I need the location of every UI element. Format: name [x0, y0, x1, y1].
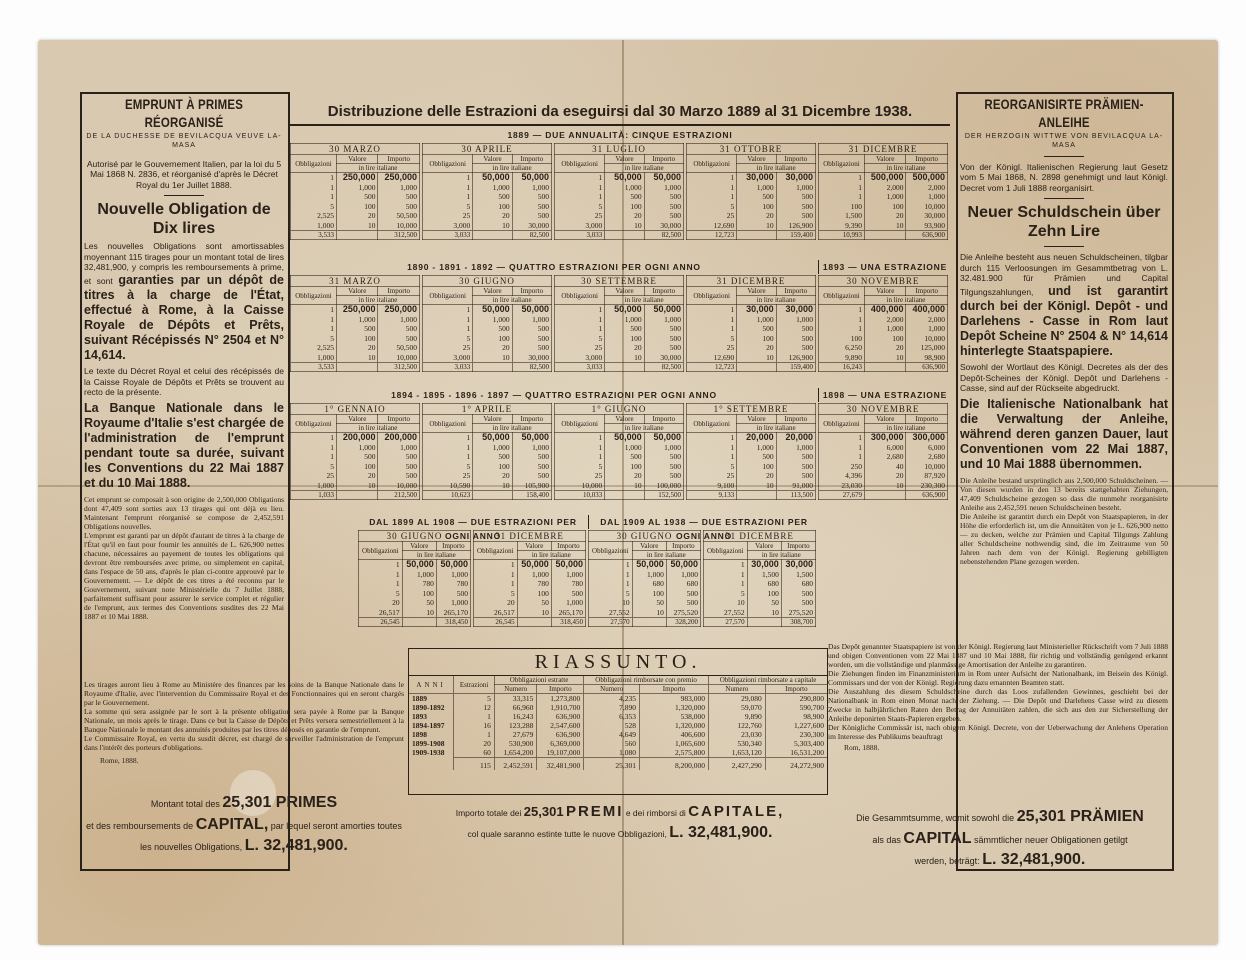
total-obbligazioni: 3,033 — [423, 231, 473, 240]
left-paragraph-8: Le Commissaire Royal, en vertu du susdit… — [84, 734, 404, 752]
total-obbligazioni: 10,623 — [423, 491, 473, 500]
header-valore: Valore — [632, 542, 666, 551]
cell-value: 2,680 — [906, 452, 948, 462]
cell-value: 25 — [555, 471, 605, 481]
summary-total-row: 1152,452,59132,481,90025,3018,200,0002,4… — [409, 758, 827, 771]
table-row: 4,3962087,920 — [819, 471, 948, 481]
draw-date: 30 NOVEMBRE — [819, 276, 948, 287]
table-row: 1,0001010,000 — [291, 353, 420, 363]
cell-value: 500 — [776, 343, 815, 353]
table-row: 130,00030,000 — [704, 560, 816, 570]
cell-value: 10,000 — [906, 462, 948, 472]
cell-value: 5 — [704, 589, 748, 599]
summary-cell: 9,890 — [709, 712, 766, 721]
total-importo: 328,200 — [666, 618, 700, 627]
cell-value: 1 — [819, 173, 865, 183]
table-row: 1250,000250,000 — [291, 173, 420, 183]
cell-value: 10 — [589, 598, 633, 608]
cell-value: 1 — [819, 315, 865, 325]
table-row: 5100500 — [704, 589, 816, 599]
cell-value: 500 — [512, 211, 551, 221]
table-row: 5100500 — [589, 589, 701, 599]
cell-value: 3,000 — [423, 221, 473, 231]
cell-value: 200,000 — [384, 432, 417, 442]
header-importo: Importo — [776, 415, 815, 424]
total-importo: 82,500 — [644, 231, 683, 240]
cell-value: 500 — [776, 192, 815, 202]
table-row: 2520500 — [423, 211, 552, 221]
cell-value: 1 — [819, 324, 865, 334]
summary-body: 1889533,3151,273,8004,235983,00029,08029… — [409, 694, 827, 771]
cell-value: 100 — [336, 334, 378, 344]
table-row: 150,00050,000 — [589, 560, 701, 570]
cell-value: 500 — [776, 334, 815, 344]
cell-value: 50 — [517, 598, 551, 608]
table-row: 11,0001,000 — [291, 183, 420, 193]
cell-value: 1,000 — [737, 315, 776, 325]
summary-cell: 290,800 — [765, 694, 827, 704]
cell-value: 10,000 — [378, 481, 420, 491]
cell-value: 30,000 — [785, 304, 813, 314]
header-numero: Numero — [584, 685, 640, 694]
total-importo: 113,500 — [776, 491, 815, 500]
cell-value: 25 — [555, 343, 605, 353]
table-row: 1500,000500,000 — [819, 173, 948, 183]
summary-cell: 29,080 — [709, 694, 766, 704]
table-row: 11,0001,000 — [423, 315, 552, 325]
cell-value: 100 — [605, 202, 644, 212]
cell-value: 1 — [687, 433, 737, 443]
summary-cell: 636,900 — [537, 730, 584, 739]
right-footer-text: als das — [872, 835, 901, 845]
summary-cell: 1,320,000 — [640, 703, 709, 712]
draw-date: 30 SETTEMBRE — [555, 276, 684, 287]
table-row: 5100500 — [291, 202, 420, 212]
extraction-table: 30 GIUGNOObbligazioniValoreImportoin lir… — [422, 275, 552, 372]
table-row: 1050500 — [589, 598, 701, 608]
table-row: 150,00050,000 — [359, 560, 471, 570]
left-footer-amount: L. 32,481,900. — [245, 837, 348, 854]
cell-value: 780 — [517, 579, 551, 589]
cell-value: 1 — [819, 433, 865, 443]
table-row: 2520500 — [687, 211, 816, 221]
header-valore: Valore — [517, 542, 551, 551]
header-valore: Valore — [864, 287, 906, 296]
table-row: 5100500 — [555, 202, 684, 212]
cell-value: 1 — [687, 183, 737, 193]
cell-value: 27,552 — [704, 608, 748, 618]
right-paragraph-6: Das Depôt genannter Staatspapiere ist vo… — [828, 642, 1168, 669]
extraction-table: 31 DICEMBREObbligazioniValoreImportoin l… — [818, 143, 948, 240]
cell-value: 20,000 — [785, 432, 813, 442]
total-importo: 636,900 — [906, 363, 948, 372]
summary-cell: 98,900 — [765, 712, 827, 721]
summary-cell: 7,890 — [584, 703, 640, 712]
cell-value: 50,000 — [482, 172, 510, 182]
cell-value: 1 — [819, 305, 865, 315]
header-estratte: Obbligazioni estratte — [494, 676, 583, 685]
summary-cell: 59,070 — [709, 703, 766, 712]
cell-value: 100 — [747, 589, 781, 599]
cell-value: 1 — [423, 433, 473, 443]
cell-value: 126,900 — [776, 221, 815, 231]
summary-cell: 1,080 — [584, 748, 640, 758]
cell-value: 1,000 — [291, 481, 337, 491]
table-row: 150,00050,000 — [423, 433, 552, 443]
cell-value: 20 — [336, 343, 378, 353]
divider — [1044, 246, 1084, 247]
total-obbligazioni: 27,570 — [704, 618, 748, 627]
table-row: 16,0006,000 — [819, 443, 948, 453]
header-importo: Importo — [378, 415, 420, 424]
cell-value: 1 — [687, 443, 737, 453]
cell-value: 1 — [589, 560, 633, 570]
section-band: 1890 - 1891 - 1892 — QUATTRO ESTRAZIONI … — [290, 260, 818, 274]
total-importo: 212,500 — [378, 491, 420, 500]
cell-value: 10 — [473, 481, 512, 491]
table-row: 1500500 — [555, 324, 684, 334]
extraction-table: 30 SETTEMBREObbligazioniValoreImportoin … — [554, 275, 684, 372]
cell-value: 100 — [605, 334, 644, 344]
cell-value: 500 — [737, 192, 776, 202]
summary-cell: 1894-1897 — [409, 721, 454, 730]
cell-value: 500 — [776, 471, 815, 481]
cell-value: 10 — [737, 481, 776, 491]
cell-value: 500 — [512, 192, 551, 202]
cell-value: 100 — [864, 334, 906, 344]
extraction-table: 31 DICEMBREObbligazioniValoreImportoin l… — [703, 530, 816, 627]
draw-date: 31 DICEMBRE — [474, 531, 586, 542]
total-importo: 82,500 — [512, 363, 551, 372]
cell-value: 1 — [474, 560, 518, 570]
right-place-date: Rom, 1888. — [844, 743, 1168, 752]
cell-value: 1,000 — [551, 598, 585, 608]
cell-value: 500 — [378, 452, 420, 462]
table-row: 12,69010126,900 — [687, 221, 816, 231]
extraction-table: 30 NOVEMBREObbligazioniValoreImportoin l… — [818, 275, 948, 372]
cell-value: 20,000 — [746, 432, 774, 442]
cell-value: 250,000 — [384, 304, 417, 314]
cell-value: 500 — [644, 343, 683, 353]
cell-value: 10 — [704, 598, 748, 608]
header-obbligazioni: Obbligazioni — [423, 415, 473, 433]
cell-value: 1 — [291, 443, 337, 453]
header-obbligazioni: Obbligazioni — [819, 415, 865, 433]
cell-value: 20 — [737, 211, 776, 221]
right-footer-text: werden, beträgt: — [915, 856, 980, 866]
header-importo: Importo — [776, 287, 815, 296]
section-band: 1894 - 1895 - 1896 - 1897 — QUATTRO ESTR… — [290, 388, 818, 402]
section-band-secondary: 1893 — UNA ESTRAZIONE — [818, 260, 951, 274]
riassunto-title: RIASSUNTO. — [409, 649, 827, 676]
table-row: 11,0001,000 — [819, 192, 948, 202]
cell-value: 500 — [644, 192, 683, 202]
draw-date: 30 APRILE — [423, 144, 552, 155]
draw-date: 31 DICEMBRE — [687, 276, 816, 287]
cell-value: 500 — [473, 324, 512, 334]
cell-value: 1 — [819, 192, 865, 202]
header-obbligazioni: Obbligazioni — [291, 287, 337, 305]
center-footer: Importo totale dei 25,301 PREMI e dei ri… — [410, 802, 830, 844]
left-subtitle: DE LA DUCHESSE DE BEVILACQUA VEUVE LA-MA… — [84, 133, 284, 151]
total-importo: 318,450 — [551, 618, 585, 627]
cell-value: 5 — [687, 462, 737, 472]
table-row: 150,00050,000 — [423, 173, 552, 183]
cell-value: 100 — [517, 589, 551, 599]
total-obbligazioni: 1,033 — [291, 491, 337, 500]
draw-date: 1° APRILE — [423, 404, 552, 415]
header-valore: Valore — [336, 287, 378, 296]
cell-value: 780 — [402, 579, 436, 589]
cell-value: 91,000 — [776, 481, 815, 491]
cell-value: 500 — [737, 452, 776, 462]
cell-value: 25 — [423, 211, 473, 221]
cell-value: 1,000 — [336, 315, 378, 325]
cell-value: 25 — [423, 471, 473, 481]
left-paragraph-4: Cet emprunt se composait à son origine d… — [84, 495, 284, 531]
cell-value: 5 — [687, 202, 737, 212]
cell-value: 20 — [864, 211, 906, 221]
cell-value: 1,500 — [781, 570, 815, 580]
cell-value: 1,000 — [551, 570, 585, 580]
table-row: 10,00010100,000 — [555, 481, 684, 491]
summary-cell: 1890-1892 — [409, 703, 454, 712]
cell-value: 1,000 — [864, 324, 906, 334]
cell-value: 50,000 — [440, 559, 468, 569]
cell-value: 50,000 — [670, 559, 698, 569]
cell-value: 500 — [436, 589, 470, 599]
cell-value: 1,000 — [512, 183, 551, 193]
table-row: 1,0001010,000 — [291, 221, 420, 231]
cell-value: 6,000 — [864, 443, 906, 453]
total-importo: 82,500 — [644, 363, 683, 372]
cell-value: 5 — [423, 202, 473, 212]
summary-total-cell: 25,301 — [584, 758, 640, 771]
right-paragraph-9: Der Königliche Commissär ist, nach obige… — [828, 723, 1168, 741]
cell-value: 30,000 — [644, 221, 683, 231]
cell-value: 400,000 — [871, 304, 904, 314]
table-row: 1,0001010,000 — [291, 481, 420, 491]
table-row: 9,3901093,900 — [819, 221, 948, 231]
cell-value: 20 — [737, 343, 776, 353]
extraction-table: 31 MARZOObbligazioniValoreImportoin lire… — [290, 275, 420, 372]
cell-value: 9,390 — [819, 221, 865, 231]
cell-value: 1 — [555, 433, 605, 443]
cell-value: 20 — [864, 471, 906, 481]
center-footer-count: 25,301 — [524, 804, 564, 819]
summary-cell: 4,235 — [584, 694, 640, 704]
summary-row: 1894-189716123,2882,547,6005281,320,0001… — [409, 721, 827, 730]
draw-date: 31 LUGLIO — [555, 144, 684, 155]
table-row: 3,0001030,000 — [423, 353, 552, 363]
table-row: 5100500 — [291, 462, 420, 472]
cell-value: 10 — [864, 481, 906, 491]
cell-value: 2,000 — [864, 315, 906, 325]
cell-value: 1 — [555, 443, 605, 453]
cell-value: 1,000 — [644, 183, 683, 193]
cell-value: 500 — [644, 334, 683, 344]
cell-value: 230,300 — [906, 481, 948, 491]
table-row: 11,0001,000 — [423, 183, 552, 193]
table-row: 1400,000400,000 — [819, 305, 948, 315]
total-obbligazioni: 27,679 — [819, 491, 865, 500]
right-footer-amount: L. 32,481,900. — [982, 851, 1085, 868]
cell-value: 500 — [776, 462, 815, 472]
table-row: 150,00050,000 — [555, 305, 684, 315]
cell-value: 1 — [687, 305, 737, 315]
cell-value: 1 — [423, 173, 473, 183]
cell-value: 500 — [473, 192, 512, 202]
table-row: 11,0001,000 — [819, 324, 948, 334]
summary-row: 1909-1938601,654,20019,107,0001,0802,575… — [409, 748, 827, 758]
cell-value: 1,000 — [378, 183, 420, 193]
header-importo: Importo — [378, 287, 420, 296]
cell-value: 1,000 — [473, 315, 512, 325]
right-footer-text: Die Gesammtsumme, womit sowohl die — [856, 813, 1014, 823]
table-row: 130,00030,000 — [687, 305, 816, 315]
summary-cell: 1 — [454, 712, 495, 721]
header-obbligazioni: Obbligazioni — [359, 542, 403, 560]
right-paragraph-5: Die Anleihe ist garantirt durch ein Depô… — [960, 512, 1168, 566]
left-intro: Autorisé par le Gouvernement Italien, pa… — [84, 159, 284, 191]
cell-value: 10 — [517, 608, 551, 618]
summary-total-cell: 115 — [454, 758, 495, 771]
cell-value: 2,525 — [291, 343, 337, 353]
cell-value: 1,000 — [291, 353, 337, 363]
cell-value: 1,000 — [436, 570, 470, 580]
header-obbligazioni: Obbligazioni — [589, 542, 633, 560]
cell-value: 500,000 — [912, 172, 945, 182]
header-obbligazioni: Obbligazioni — [687, 155, 737, 173]
summary-cell: 1898 — [409, 730, 454, 739]
header-importo: Importo — [776, 155, 815, 164]
summary-cell: 1909-1938 — [409, 748, 454, 758]
cell-value: 1 — [555, 192, 605, 202]
cell-value: 9,890 — [819, 353, 865, 363]
table-row: 12,0002,000 — [819, 183, 948, 193]
table-row: 5100500 — [423, 202, 552, 212]
left-heading: Nouvelle Obligation de Dix lires — [84, 201, 284, 238]
cell-value: 50,000 — [521, 172, 549, 182]
cell-value: 1,000 — [473, 443, 512, 453]
cell-value: 500 — [605, 324, 644, 334]
cell-value: 500 — [378, 462, 420, 472]
cell-value: 1 — [555, 315, 605, 325]
draw-date: 1° GIUGNO — [555, 404, 684, 415]
left-paragraph-3: La Banque Nationale dans le Royaume d'It… — [84, 401, 284, 491]
table-row: 10010010,000 — [819, 334, 948, 344]
summary-row: 1890-18921266,9601,910,7007,8901,320,000… — [409, 703, 827, 712]
cell-value: 20 — [359, 598, 403, 608]
table-row: 5100500 — [555, 334, 684, 344]
cell-value: 5 — [423, 462, 473, 472]
extraction-table: 1° SETTEMBREObbligazioniValoreImportoin … — [686, 403, 816, 500]
cell-value: 50,000 — [482, 304, 510, 314]
right-subtitle: DER HERZOGIN WITTWE VON BEVILACQUA LA-MA… — [960, 133, 1168, 151]
cell-value: 3,000 — [423, 353, 473, 363]
cell-value: 100 — [864, 202, 906, 212]
cell-value: 30,000 — [746, 304, 774, 314]
cell-value: 5 — [555, 334, 605, 344]
extraction-table: 1° APRILEObbligazioniValoreImportoin lir… — [422, 403, 552, 500]
table-row: 2,5252050,500 — [291, 211, 420, 221]
section-band-secondary: 1898 — UNA ESTRAZIONE — [818, 388, 951, 402]
summary-cell: 5,303,400 — [765, 739, 827, 748]
table-row: 6,25020125,000 — [819, 343, 948, 353]
cell-value: 98,900 — [906, 353, 948, 363]
cell-value: 1,000 — [776, 443, 815, 453]
header-valore: Valore — [747, 542, 781, 551]
cell-value: 10 — [402, 608, 436, 618]
table-row: 5100500 — [359, 589, 471, 599]
table-row: 2520500 — [291, 471, 420, 481]
cell-value: 500,000 — [871, 172, 904, 182]
cell-value: 1,000 — [436, 598, 470, 608]
header-valore: Valore — [336, 155, 378, 164]
section-band-secondary: DAL 1909 AL 1938 — DUE ESTRAZIONI PER OG… — [588, 515, 819, 529]
summary-cell: 560 — [584, 739, 640, 748]
total-obbligazioni: 3,533 — [291, 231, 337, 240]
table-row: 9,1001091,000 — [687, 481, 816, 491]
table-row: 5100500 — [687, 334, 816, 344]
summary-cell: 1,654,200 — [494, 748, 536, 758]
header-valore: Valore — [473, 415, 512, 424]
cell-value: 1 — [819, 452, 865, 462]
total-obbligazioni: 3,033 — [423, 363, 473, 372]
total-obbligazioni: 10,993 — [819, 231, 865, 240]
left-footer-text: les nouvelles Obligations, — [140, 842, 242, 852]
cell-value: 3,000 — [555, 221, 605, 231]
header-obbligazioni: Obbligazioni — [819, 155, 865, 173]
cell-value: 20 — [473, 471, 512, 481]
extraction-table: 31 DICEMBREObbligazioniValoreImportoin l… — [473, 530, 586, 627]
header-valore: Valore — [605, 415, 644, 424]
header-valore: Valore — [402, 542, 436, 551]
cell-value: 50,000 — [653, 304, 681, 314]
cell-value: 1 — [589, 579, 633, 589]
cell-value: 1,000 — [605, 183, 644, 193]
cell-value: 50,000 — [482, 432, 510, 442]
cell-value: 1,000 — [402, 570, 436, 580]
cell-value: 50,500 — [378, 343, 420, 353]
header-importo: Importo — [906, 415, 948, 424]
table-row: 150,00050,000 — [474, 560, 586, 570]
cell-value: 500 — [512, 471, 551, 481]
cell-value: 1,000 — [512, 443, 551, 453]
table-row: 1300,000300,000 — [819, 433, 948, 443]
summary-total-cell: 2,427,290 — [709, 758, 766, 771]
total-importo: 152,500 — [644, 491, 683, 500]
total-importo: 636,900 — [906, 231, 948, 240]
total-importo: 158,400 — [512, 491, 551, 500]
cell-value: 1,000 — [776, 183, 815, 193]
summary-cell: 528 — [584, 721, 640, 730]
right-footer: Die Gesammtsumme, womit sowohl die 25,30… — [830, 806, 1170, 871]
cell-value: 20 — [737, 471, 776, 481]
right-heading: Neuer Schuldschein über Zehn Lire — [960, 204, 1168, 241]
summary-cell: 1 — [454, 730, 495, 739]
cell-value: 5 — [423, 334, 473, 344]
table-row: 1200,000200,000 — [291, 433, 420, 443]
table-row: 2,5252050,500 — [291, 343, 420, 353]
right-footer-praemien: 25,301 PRÄMIEN — [1017, 808, 1144, 825]
cell-value: 1 — [291, 192, 337, 202]
header-importo: Importo — [906, 155, 948, 164]
left-footer-primes: 25,301 PRIMES — [222, 794, 337, 811]
cell-value: 250,000 — [343, 172, 376, 182]
right-bottom-text: Das Depôt genannter Staatspapiere ist vo… — [828, 642, 1168, 752]
table-row: 11,0001,000 — [291, 315, 420, 325]
